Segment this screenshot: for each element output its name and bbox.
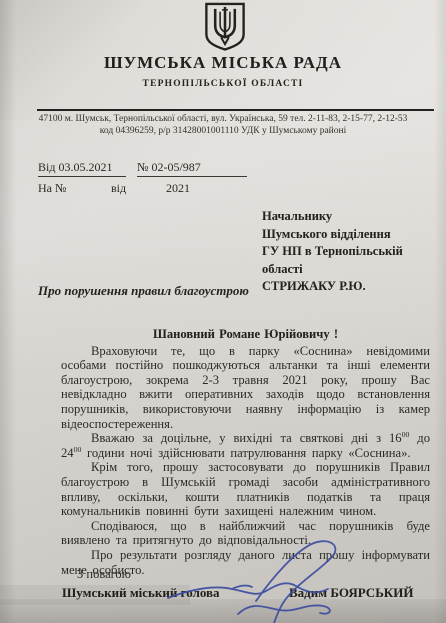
closing-phrase: З повагою	[77, 567, 131, 582]
outgoing-reference-row: Від 03.05.2021 № 02-05/987	[38, 160, 247, 177]
recipient-line: області	[262, 261, 440, 279]
council-region: ТЕРНОПІЛЬСЬКОЇ ОБЛАСТІ	[0, 79, 446, 89]
incoming-date-label: від	[111, 181, 163, 196]
recipient-block: Начальнику Шумського відділення ГУ НП в …	[262, 208, 440, 296]
recipient-line: Начальнику	[262, 208, 440, 226]
outgoing-date: Від 03.05.2021	[38, 160, 126, 177]
recipient-line: СТРИЖАКУ Р.Ю.	[262, 278, 440, 296]
address-line-2: код 04396259, р/р 31428001001110 УДК у Ш…	[0, 126, 446, 136]
address-line-1: 47100 м. Шумськ, Тернопільської області,…	[0, 114, 446, 124]
paragraph-3: Крім того, прошу застосовувати до порушн…	[61, 460, 430, 518]
salutation: Шановний Романе Юрійовичу !	[61, 327, 430, 342]
recipient-line: Шумського відділення	[262, 226, 440, 244]
paper-shading-bottom	[0, 599, 446, 623]
paragraph-2: Вважаю за доцільне, у вихідні та святков…	[61, 431, 430, 460]
paragraph-4: Сподіваюся, що в найближчий час порушник…	[61, 519, 430, 548]
incoming-reference-row: На № від 2021	[38, 181, 247, 196]
subject-line: Про порушення правил благоустрою	[38, 283, 249, 299]
trident-emblem-icon	[203, 2, 247, 51]
incoming-year: 2021	[166, 181, 190, 195]
letterhead-divider	[37, 109, 434, 111]
council-title: ШУМСЬКА МІСЬКА РАДА	[0, 53, 446, 73]
scanned-letter-page: ШУМСЬКА МІСЬКА РАДА ТЕРНОПІЛЬСЬКОЇ ОБЛАС…	[0, 0, 446, 623]
recipient-line: ГУ НП в Тернопільській	[262, 243, 440, 261]
paragraph-1: Враховуючи те, що в парку «Соснина» неві…	[61, 344, 430, 432]
reference-block: Від 03.05.2021 № 02-05/987 На № від 2021	[38, 160, 247, 196]
signer-name: Вадим БОЯРСЬКИЙ	[289, 585, 413, 601]
signer-position: Шумський міський голова	[62, 585, 220, 601]
letter-body: Шановний Романе Юрійовичу ! Враховуючи т…	[61, 327, 430, 577]
paper-shading-right	[434, 0, 446, 623]
outgoing-number: № 02-05/987	[137, 160, 247, 177]
incoming-number-label: На №	[38, 181, 108, 196]
paper-shading-left	[0, 0, 16, 623]
